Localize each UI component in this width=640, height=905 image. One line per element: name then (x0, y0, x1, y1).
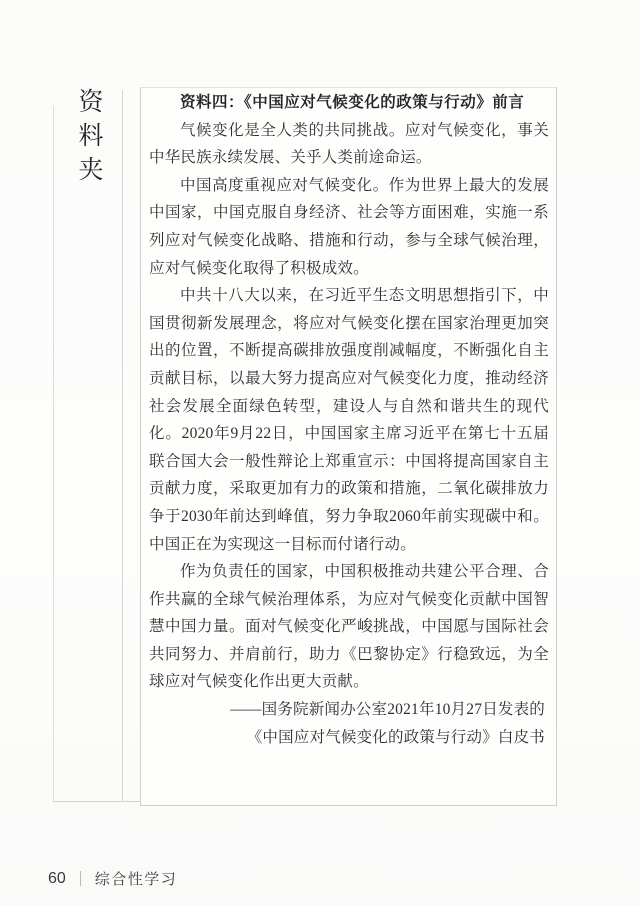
page-footer: 60 综合性学习 (48, 868, 177, 889)
paragraph: 作为负责任的国家，中国积极推动共建公平合理、合作共赢的全球气候治理体系，为应对气… (149, 558, 549, 696)
textbook-page: 资料夹 资料四：《中国应对气候变化的政策与行动》前言 气候变化是全人类的共同挑战… (0, 0, 640, 905)
sidebar-label-data-folder: 资料夹 (70, 88, 106, 190)
folder-back-sheet-left-edge (53, 106, 54, 802)
page-number: 60 (48, 870, 66, 888)
paragraph: 中国高度重视应对气候变化。作为世界上最大的发展中国家，中国克服自身经济、社会等方… (149, 172, 549, 282)
folder-middle-sheet-edge (122, 90, 123, 802)
footer-separator (80, 871, 81, 886)
paragraph: 气候变化是全人类的共同挑战。应对气候变化，事关中华民族永续发展、关乎人类前途命运… (149, 117, 549, 172)
document-body: 气候变化是全人类的共同挑战。应对气候变化，事关中华民族永续发展、关乎人类前途命运… (149, 117, 549, 696)
attribution-document: 《中国应对气候变化的政策与行动》白皮书 (149, 724, 545, 752)
attribution: ——国务院新闻办公室2021年10月27日发表的 《中国应对气候变化的政策与行动… (149, 696, 549, 751)
paragraph: 中共十八大以来，在习近平生态文明思想指引下，中国贯彻新发展理念，将应对气候变化摆… (149, 282, 549, 558)
content-sheet: 资料四：《中国应对气候变化的政策与行动》前言 气候变化是全人类的共同挑战。应对气… (140, 87, 557, 806)
document-title: 资料四：《中国应对气候变化的政策与行动》前言 (149, 89, 549, 117)
section-title: 综合性学习 (95, 868, 178, 889)
folder-back-sheet-bottom-edge (53, 801, 141, 802)
attribution-source: ——国务院新闻办公室2021年10月27日发表的 (149, 696, 545, 724)
